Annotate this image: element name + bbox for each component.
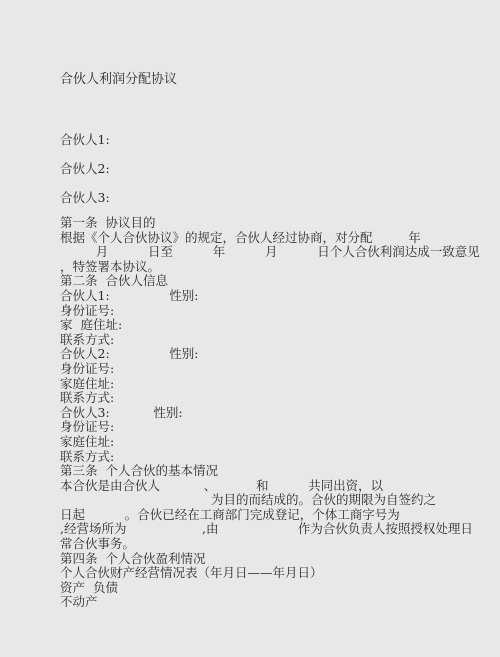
partner-1-label: 合伙人1: <box>60 130 110 148</box>
text-line: 月 日至 年 月 日个人合伙利润达成一致意见 <box>60 245 460 260</box>
text-line: ,经营场所为 ,由 作为合伙负责人按照授权处理日 <box>60 522 460 537</box>
partner-field: 合伙人2: 性别: <box>60 347 460 362</box>
partner-3-label: 合伙人3: <box>60 188 110 206</box>
partner-field: 家庭住址: <box>60 435 460 450</box>
agreement-body: 第一条 协议目的 根据《个人合伙协议》的规定，合伙人经过协商，对分配 年 月 日… <box>60 216 460 610</box>
text-line: 根据《个人合伙协议》的规定，合伙人经过协商，对分配 年 <box>60 231 460 246</box>
partner-field: 家庭住址: <box>60 377 460 392</box>
text-line: 不动产 <box>60 595 460 610</box>
partner-field: 身份证号: <box>60 420 460 435</box>
text-line: 个人合伙财产经营情况表（年月日——年月日） <box>60 566 460 581</box>
article-2-heading: 第二条 合伙人信息 <box>60 274 460 289</box>
article-4-heading: 第四条 个人合伙盈利情况 <box>60 552 460 567</box>
text-line: 资产 负债 <box>60 581 460 596</box>
document-title: 合伙人利润分配协议 <box>60 68 177 87</box>
text-line: 日起 。合伙已经在工商部门完成登记，个体工商字号为 <box>60 508 460 523</box>
partner-field: 联系方式: <box>60 391 460 406</box>
partner-field: 联系方式: <box>60 333 460 348</box>
partner-field: 身份证号: <box>60 362 460 377</box>
article-3-heading: 第三条 个人合伙的基本情况 <box>60 464 460 479</box>
partner-field: 家 庭住址: <box>60 318 460 333</box>
partner-field: 身份证号: <box>60 304 460 319</box>
text-line: ，特签署本协议。 <box>60 260 460 275</box>
partner-field: 合伙人1: 性别: <box>60 289 460 304</box>
text-line: 为目的而结成的。合伙的期限为自签约之 <box>60 493 460 508</box>
partner-field: 联系方式: <box>60 450 460 465</box>
text-line: 本合伙是由合伙人 、 和 共同出资，以 <box>60 479 460 494</box>
partner-2-label: 合伙人2: <box>60 159 110 177</box>
partner-field: 合伙人3: 性别: <box>60 406 460 421</box>
article-1-heading: 第一条 协议目的 <box>60 216 460 231</box>
text-line: 常合伙事务。 <box>60 537 460 552</box>
